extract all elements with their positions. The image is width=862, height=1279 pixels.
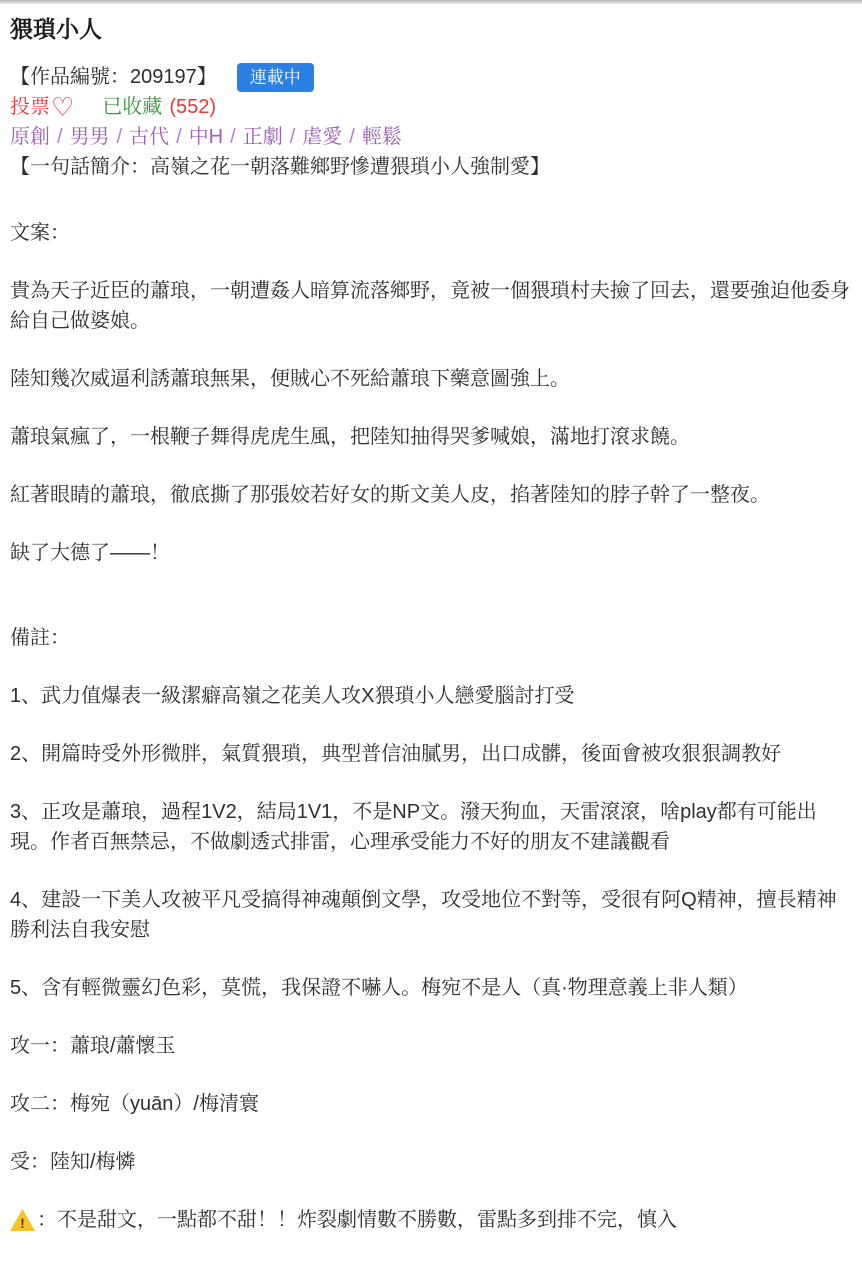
vote-label: 投票 bbox=[10, 92, 50, 122]
notes-heading: 備註： bbox=[10, 623, 852, 653]
status-badge: 連載中 bbox=[237, 63, 314, 92]
tags-row: 原創/男男/古代/中H/正劇/虐愛/輕鬆 bbox=[10, 122, 852, 152]
character-line-shou: 受：陸知/梅憐 bbox=[10, 1147, 852, 1177]
tag-mid-h[interactable]: 中H bbox=[189, 122, 223, 152]
tag-separator: / bbox=[349, 122, 355, 152]
top-divider bbox=[0, 0, 862, 4]
note-item: 3、正攻是蕭琅，過程1V2，結局1V1，不是NP文。潑天狗血，天雷滾滾，啥pla… bbox=[10, 797, 852, 857]
warning-icon: ! bbox=[10, 1209, 35, 1231]
note-item: 2、開篇時受外形微胖，氣質猥瑣，典型普信油膩男，出口成髒，後面會被攻狠狠調教好 bbox=[10, 739, 852, 769]
tag-light[interactable]: 輕鬆 bbox=[362, 122, 402, 152]
tag-separator: / bbox=[57, 122, 63, 152]
synopsis-paragraph: 貴為天子近臣的蕭琅，一朝遭姦人暗算流落鄉野，竟被一個猥瑣村夫撿了回去，還要強迫他… bbox=[10, 276, 852, 336]
warning-line: ! ：不是甜文，一點都不甜！！炸裂劇情數不勝數，雷點多到排不完，慎入 bbox=[10, 1205, 852, 1235]
actions-row: 投票♡ 已收藏 (552) bbox=[10, 92, 852, 122]
tag-angst[interactable]: 虐愛 bbox=[302, 122, 342, 152]
novel-info-page: 猥瑣小人 【作品編號：209197】 連載中 投票♡ 已收藏 (552) 原創/… bbox=[0, 15, 862, 1235]
vote-button[interactable]: 投票♡ bbox=[10, 92, 74, 122]
characters-section: 攻一：蕭琅/蕭懷玉 攻二：梅宛（yuān）/梅清寰 受：陸知/梅憐 bbox=[10, 1031, 852, 1177]
synopsis-heading: 文案： bbox=[10, 218, 852, 248]
warning-text: ：不是甜文，一點都不甜！！炸裂劇情數不勝數，雷點多到排不完，慎入 bbox=[37, 1205, 677, 1235]
one-line-intro: 【一句話簡介：高嶺之花一朝落難鄉野慘遭猥瑣小人強制愛】 bbox=[10, 152, 852, 182]
synopsis-paragraph: 陸知幾次威逼利誘蕭琅無果，便賊心不死給蕭琅下藥意圖強上。 bbox=[10, 364, 852, 394]
work-id: 【作品編號：209197】 bbox=[10, 62, 217, 92]
page-title: 猥瑣小人 bbox=[10, 15, 852, 43]
tag-separator: / bbox=[290, 122, 296, 152]
tag-separator: / bbox=[176, 122, 182, 152]
tag-separator: / bbox=[117, 122, 123, 152]
character-line-gong1: 攻一：蕭琅/蕭懷玉 bbox=[10, 1031, 852, 1061]
tag-drama[interactable]: 正劇 bbox=[243, 122, 283, 152]
note-item: 1、武力值爆表一級潔癖高嶺之花美人攻X猥瑣小人戀愛腦討打受 bbox=[10, 681, 852, 711]
synopsis-paragraph: 缺了大德了——！ bbox=[10, 538, 852, 568]
character-line-gong2: 攻二：梅宛（yuān）/梅清寰 bbox=[10, 1089, 852, 1119]
tag-original[interactable]: 原創 bbox=[10, 122, 50, 152]
warning-icon-exclamation: ! bbox=[20, 1215, 25, 1231]
description-content: 文案： 貴為天子近臣的蕭琅，一朝遭姦人暗算流落鄉野，竟被一個猥瑣村夫撿了回去，還… bbox=[10, 218, 852, 1235]
synopsis-paragraph: 蕭琅氣瘋了，一根鞭子舞得虎虎生風，把陸知抽得哭爹喊娘，滿地打滾求饒。 bbox=[10, 422, 852, 452]
note-item: 4、建設一下美人攻被平凡受搞得神魂顛倒文學，攻受地位不對等，受很有阿Q精神，擅長… bbox=[10, 885, 852, 945]
note-item: 5、含有輕微靈幻色彩，莫慌，我保證不嚇人。梅宛不是人（真·物理意義上非人類） bbox=[10, 973, 852, 1003]
tag-ancient[interactable]: 古代 bbox=[129, 122, 169, 152]
collected-count: (552) bbox=[169, 92, 216, 122]
work-id-row: 【作品編號：209197】 連載中 bbox=[10, 62, 852, 92]
tag-danmei[interactable]: 男男 bbox=[70, 122, 110, 152]
tag-separator: / bbox=[230, 122, 236, 152]
heart-icon[interactable]: ♡ bbox=[51, 96, 74, 118]
collected-button[interactable]: 已收藏 bbox=[102, 92, 162, 122]
synopsis-paragraph: 紅著眼睛的蕭琅，徹底撕了那張姣若好女的斯文美人皮，掐著陸知的脖子幹了一整夜。 bbox=[10, 480, 852, 510]
